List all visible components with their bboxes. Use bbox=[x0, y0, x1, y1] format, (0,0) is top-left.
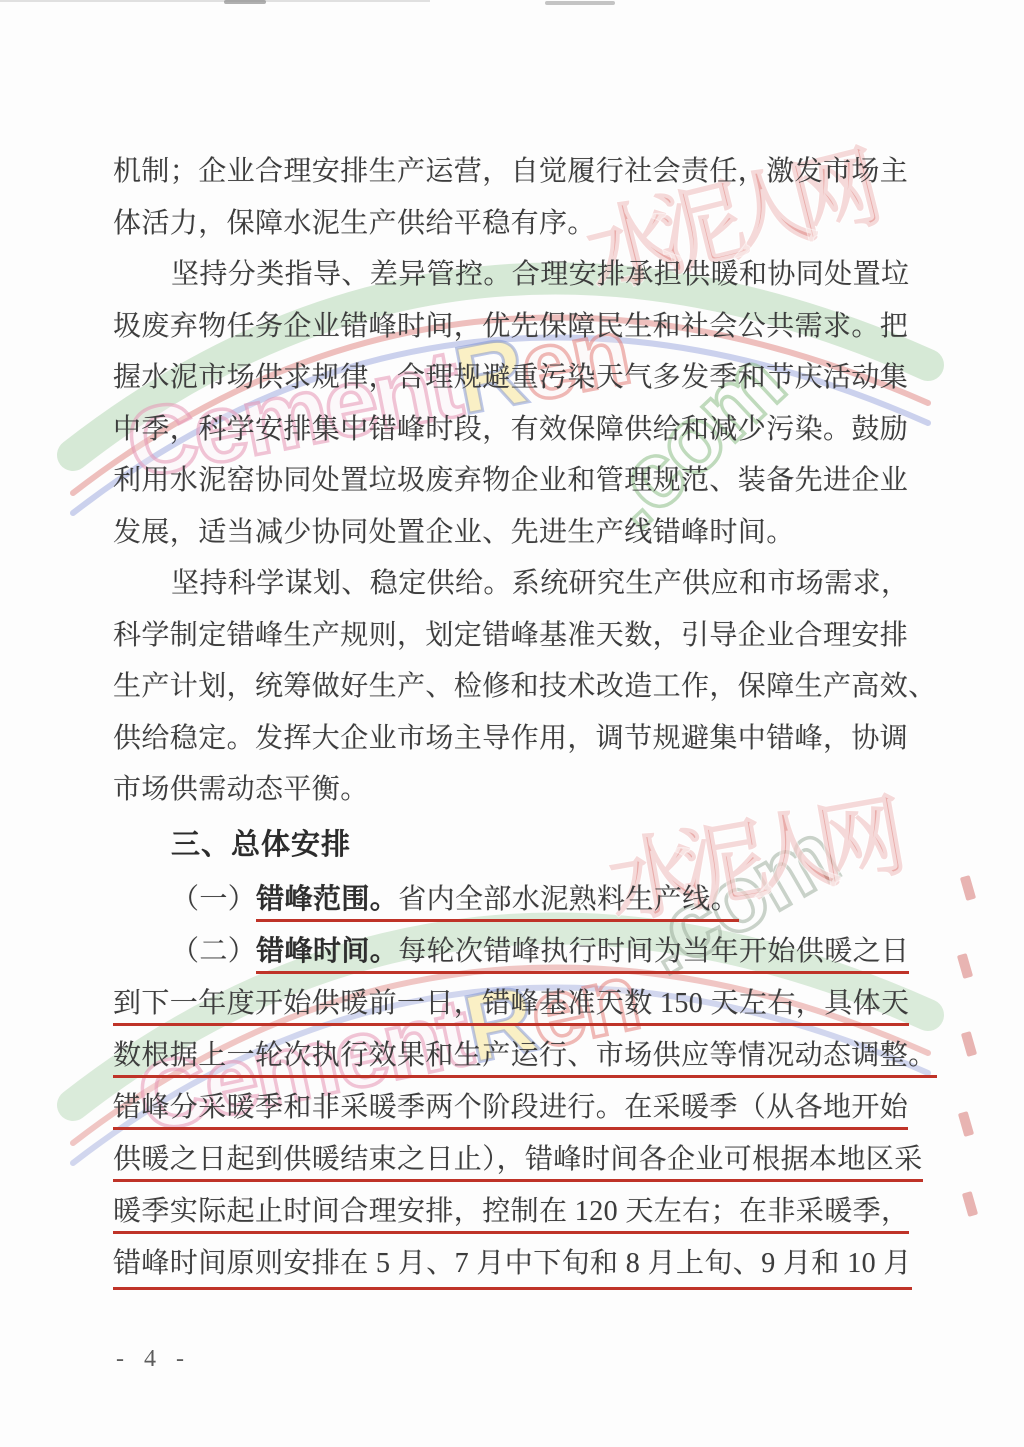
item-body: 省内全部水泥熟料生产线。 bbox=[398, 884, 739, 915]
doc-line: 错峰分采暖季和非采暖季两个阶段进行。在采暖季（从各地开始 bbox=[113, 1091, 908, 1124]
doc-line: 握水泥市场供求规律，合理规避重污染天气多发季和节庆活动集 bbox=[113, 361, 908, 394]
scan-artifact-red-fragment bbox=[957, 953, 973, 979]
doc-line: 供给稳定。发挥大企业市场主导作用，调节规避集中错峰，协调 bbox=[113, 722, 908, 755]
doc-line: 错峰时间原则安排在 5 月、7 月中下旬和 8 月上旬、9 月和 10 月 bbox=[113, 1247, 912, 1280]
doc-line: 中季，科学安排集中错峰时段，有效保障供给和减少污染。鼓励 bbox=[113, 413, 908, 446]
doc-line: 圾废弃物任务企业错峰时间，优先保障民生和社会公共需求。把 bbox=[113, 310, 908, 343]
scan-artifact-red-fragment bbox=[960, 875, 976, 901]
doc-line: 市场供需动态平衡。 bbox=[113, 773, 369, 806]
item-body: 每轮次错峰执行时间为当年开始供暖之日 bbox=[398, 936, 909, 967]
doc-line: 到下一年度开始供暖前一日，错峰基准天数 150 天左右，具体天 bbox=[113, 987, 909, 1020]
doc-line: 坚持科学谋划、稳定供给。系统研究生产供应和市场需求， bbox=[171, 567, 909, 600]
doc-line: 供暖之日起到供暖结束之日止），错峰时间各企业可根据本地区采 bbox=[113, 1143, 923, 1176]
page-number: - 4 - bbox=[116, 1346, 191, 1373]
doc-line: 生产计划，统筹做好生产、检修和技术改造工作，保障生产高效、 bbox=[113, 670, 937, 703]
scan-artifact-red-fragment bbox=[958, 1111, 974, 1137]
scan-artifact-top-streak bbox=[224, 0, 266, 4]
doc-line: 数根据上一轮次执行效果和生产运行、市场供应等情况动态调整。 bbox=[113, 1039, 937, 1072]
doc-line: 发展，适当减少协同处置企业、先进生产线错峰时间。 bbox=[113, 516, 795, 549]
scan-artifact-red-fragment bbox=[961, 1031, 977, 1057]
item-prefix: （二） bbox=[171, 936, 256, 967]
doc-line: 机制；企业合理安排生产运营，自觉履行社会责任，激发市场主 bbox=[113, 155, 908, 188]
section-heading: 三、总体安排 bbox=[171, 829, 351, 862]
scan-artifact-top-streak bbox=[545, 1, 615, 5]
item-title: 错峰范围。 bbox=[256, 884, 398, 915]
doc-line: 利用水泥窑协同处置垃圾废弃物企业和管理规范、装备先进企业 bbox=[113, 464, 908, 497]
doc-line: 体活力，保障水泥生产供给平稳有序。 bbox=[113, 207, 596, 240]
item-line-2: （二）错峰时间。每轮次错峰执行时间为当年开始供暖之日 bbox=[171, 935, 909, 968]
doc-line: 坚持分类指导、差异管控。合理安排承担供暖和协同处置垃 bbox=[171, 258, 909, 291]
scan-artifact-red-fragment bbox=[962, 1191, 978, 1217]
document-page: CementRen .com 水泥人网 CementRen .com 水泥人网 … bbox=[0, 0, 1024, 1447]
scan-artifact-top-band bbox=[0, 0, 430, 2]
doc-line: 暖季实际起止时间合理安排，控制在 120 天左右；在非采暖季， bbox=[113, 1195, 909, 1228]
item-line-1: （一）错峰范围。省内全部水泥熟料生产线。 bbox=[171, 883, 739, 916]
item-title: 错峰时间。 bbox=[256, 936, 398, 967]
doc-line: 科学制定错峰生产规则，划定错峰基准天数，引导企业合理安排 bbox=[113, 619, 908, 652]
item-prefix: （一） bbox=[171, 884, 256, 915]
